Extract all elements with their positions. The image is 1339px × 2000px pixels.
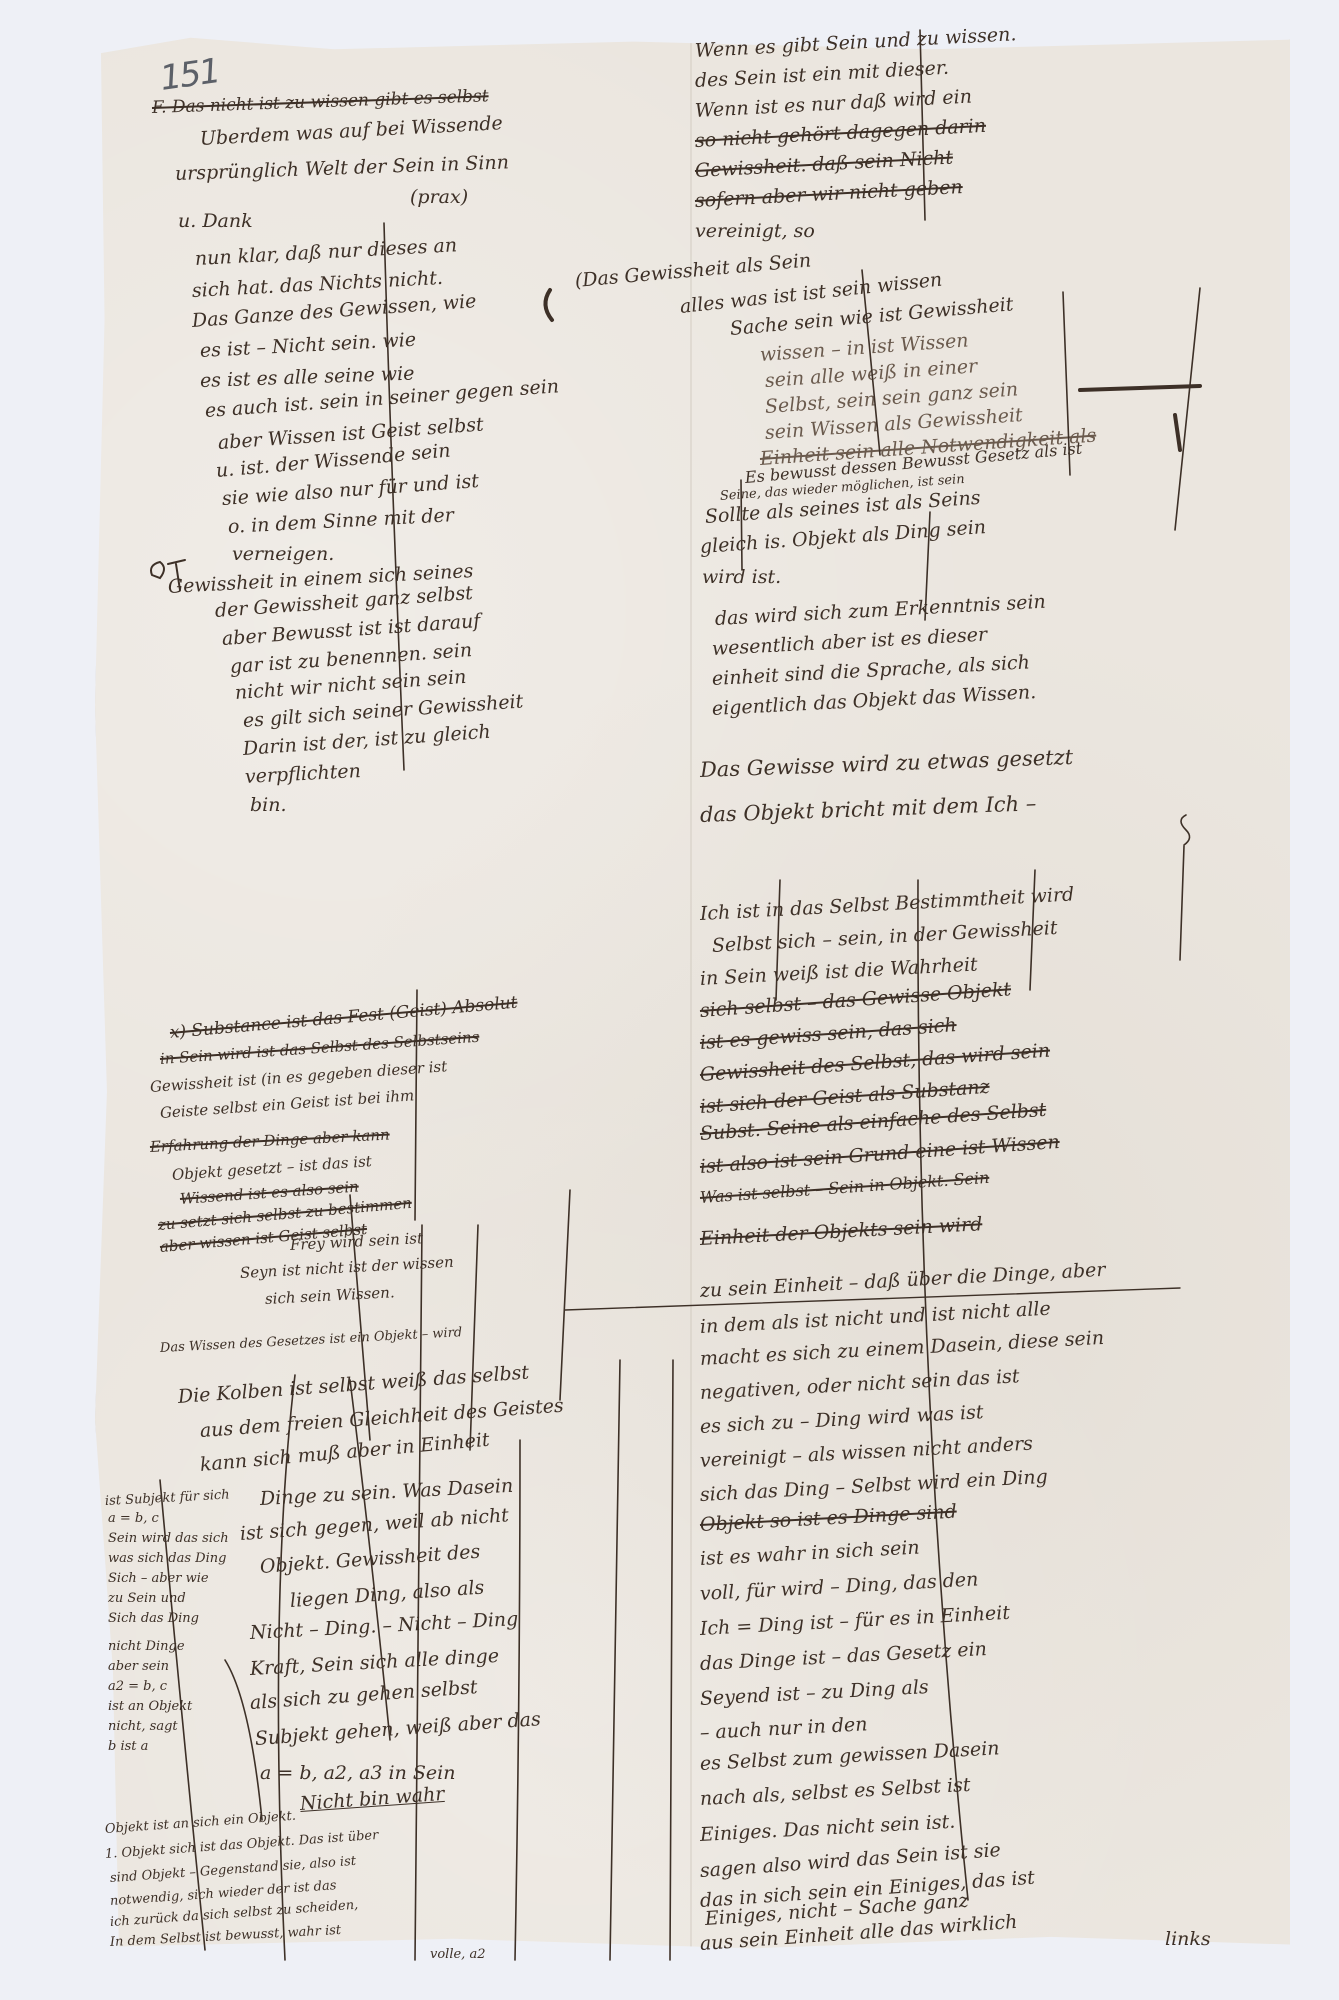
margin-note: b ist a: [108, 1740, 148, 1753]
ink-line: bin.: [250, 796, 287, 815]
ink-line: (prax): [410, 188, 468, 207]
ink-line: a = b, a2, a3 in Sein: [260, 1764, 455, 1783]
margin-note: nicht Dinge: [108, 1640, 185, 1653]
ink-line: volle, a2: [430, 1948, 485, 1961]
ink-line: wird ist.: [702, 568, 781, 587]
ink-line: verneigen.: [232, 545, 334, 564]
ink-line: vereinigt, so: [695, 222, 815, 241]
margin-note: Sich das Ding: [108, 1612, 199, 1625]
page-number: 151: [158, 51, 222, 99]
margin-note: zu Sein und: [108, 1592, 186, 1605]
paper-fold: [690, 30, 692, 1960]
margin-note: was sich das Ding: [108, 1552, 226, 1565]
margin-note: nicht, sagt: [108, 1720, 178, 1733]
margin-note: ist an Objekt: [108, 1700, 192, 1713]
ink-line: links: [1165, 1930, 1211, 1949]
margin-note: Sein wird das sich: [108, 1532, 229, 1545]
margin-note: Sich – aber wie: [108, 1572, 209, 1585]
margin-note: a2 = b, c: [108, 1680, 167, 1693]
margin-note: a = b, c: [108, 1512, 159, 1525]
margin-note: aber sein: [108, 1660, 169, 1673]
ink-line: u. Dank: [178, 212, 253, 231]
